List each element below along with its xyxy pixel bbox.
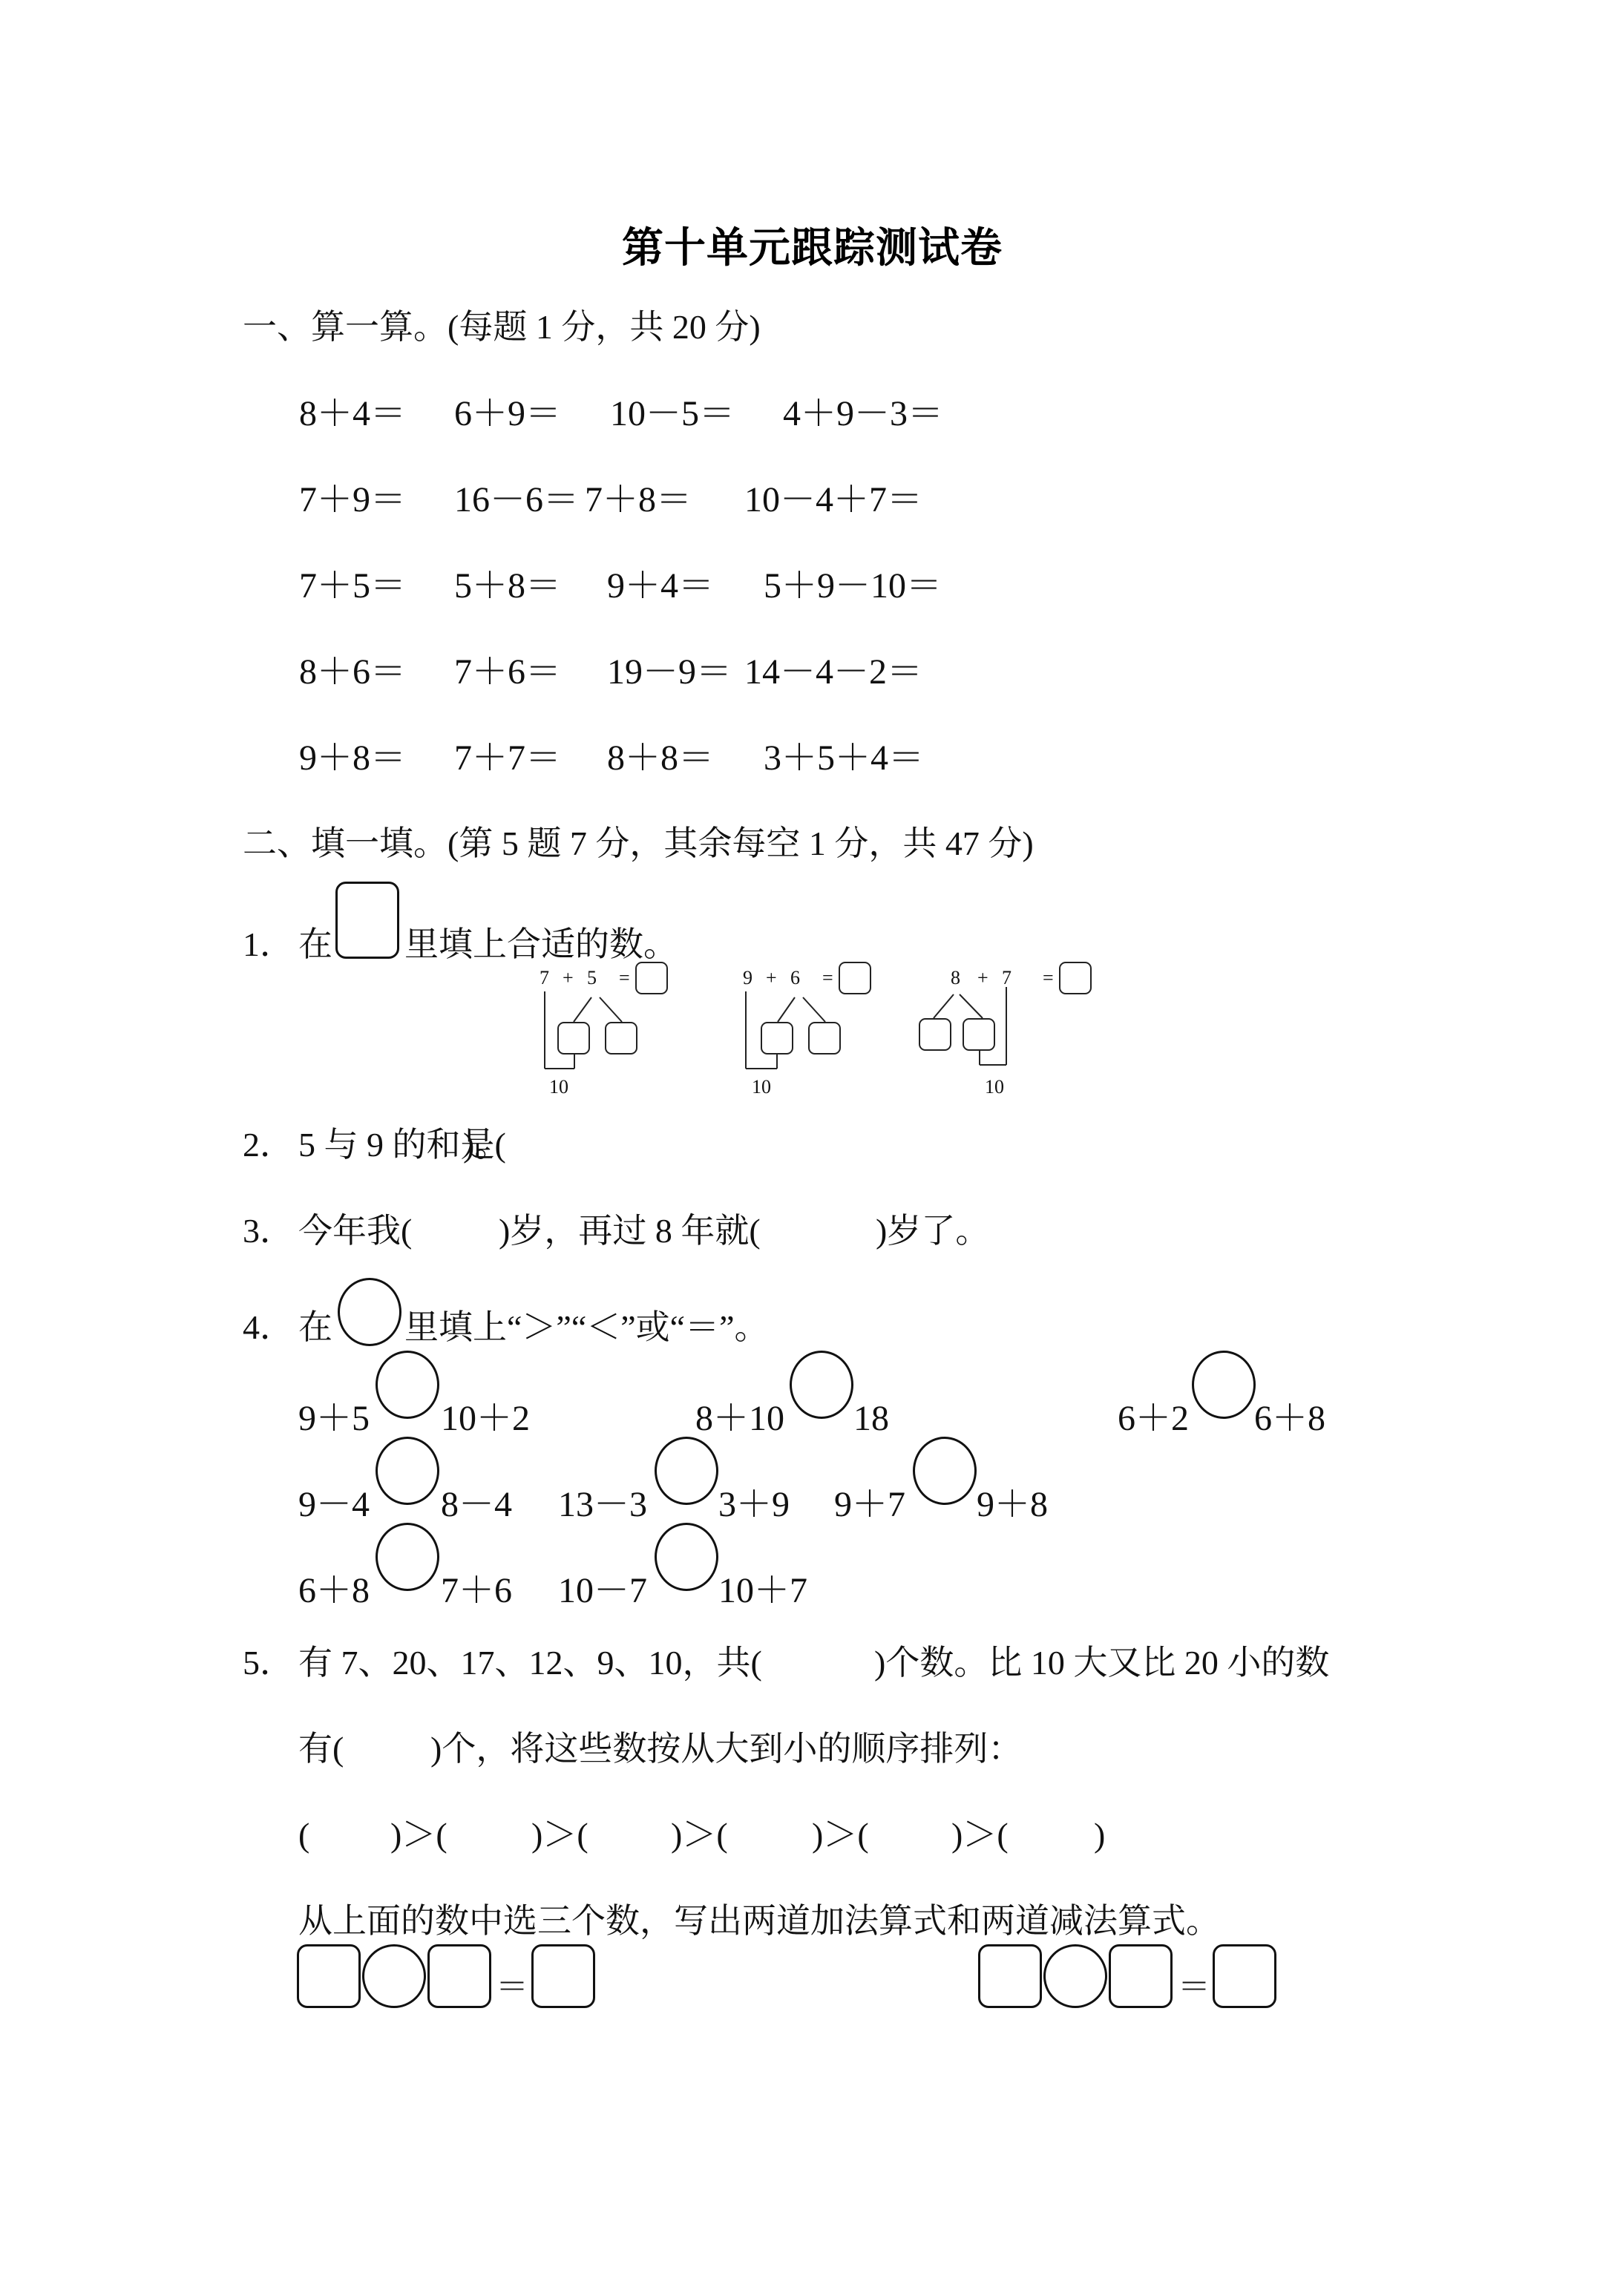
problem: 4＋9－3＝ <box>783 396 943 432</box>
operator: + <box>766 968 777 988</box>
question-number: 5． <box>243 1646 294 1680</box>
section1-heading: 一、算一算。(每题 1 分，共 20 分) <box>243 310 761 344</box>
problem: 8＋6＝ <box>299 655 406 690</box>
number-box[interactable] <box>427 1944 491 2008</box>
q3-age-later-blank[interactable] <box>791 1214 865 1251</box>
q3-age-now-blank[interactable] <box>424 1214 499 1251</box>
paren: )＞( <box>951 1818 1009 1852</box>
comparison-right: 18 <box>853 1401 889 1437</box>
addend-b: 7 <box>1002 968 1011 988</box>
order-blank[interactable] <box>1011 1815 1085 1857</box>
paren: )＞( <box>671 1818 728 1852</box>
ten-label: 10 <box>985 1078 1004 1097</box>
q5-count-blank[interactable] <box>801 1646 876 1683</box>
problem: 7＋5＝ <box>299 568 406 604</box>
comparison-right: 10＋2 <box>441 1401 530 1437</box>
problem: 7＋9＝ <box>299 482 406 518</box>
comparison-left: 6＋8 <box>298 1573 370 1609</box>
operator: + <box>563 968 574 988</box>
comparison-left: 10－7 <box>558 1573 647 1609</box>
problem: 7＋7＝ <box>454 741 561 776</box>
question-number: 1． <box>243 928 294 962</box>
compare-circle[interactable] <box>913 1437 977 1505</box>
problem: 10－5＝ <box>610 396 735 432</box>
answer-box[interactable] <box>1059 962 1092 994</box>
q5-line1a: 有 7、20、17、12、9、10，共( <box>298 1646 762 1680</box>
q3-part1: 今年我( <box>298 1214 412 1248</box>
compare-circle[interactable] <box>655 1523 718 1591</box>
q2-answer-blank[interactable] <box>389 1128 463 1165</box>
order-blank[interactable] <box>871 1815 945 1857</box>
q4-instruction: 里填上“＞”“＜”或“＝”。 <box>404 1311 769 1345</box>
compare-circle[interactable] <box>376 1437 439 1505</box>
q3-part3: )岁了。 <box>876 1214 989 1248</box>
equals: = <box>619 968 630 988</box>
problem: 5＋8＝ <box>454 568 561 604</box>
problem: 14－4－2＝ <box>744 655 922 690</box>
answer-box[interactable] <box>635 962 668 994</box>
comparison-left: 8＋10 <box>695 1401 784 1437</box>
question-number: 4． <box>243 1311 294 1345</box>
paren: )＞( <box>812 1818 869 1852</box>
result-box[interactable] <box>1213 1944 1276 2008</box>
comparison-right: 7＋6 <box>441 1573 512 1609</box>
paren: ( <box>298 1818 309 1852</box>
question-number: 3． <box>243 1214 294 1248</box>
section2-heading: 二、填一填。(第 5 题 7 分，其余每空 1 分，共 47 分) <box>243 827 1034 861</box>
q5-line2b: )个，将这些数按从大到小的顺序排列： <box>430 1732 1022 1766</box>
split-box[interactable] <box>963 1018 995 1051</box>
q1-instruction: 里填上合适的数。 <box>404 928 678 962</box>
operator-circle[interactable] <box>1043 1944 1107 2008</box>
addend-a: 9 <box>743 968 753 988</box>
answer-box[interactable] <box>839 962 871 994</box>
compare-circle[interactable] <box>376 1351 439 1419</box>
compare-circle[interactable] <box>1192 1351 1256 1419</box>
split-box[interactable] <box>761 1022 793 1054</box>
order-blank[interactable] <box>591 1815 665 1857</box>
comparison-right: 6＋8 <box>1254 1401 1325 1437</box>
order-blank[interactable] <box>450 1815 524 1857</box>
q5-line2a: 有( <box>298 1732 344 1766</box>
problem: 8＋8＝ <box>607 741 714 776</box>
result-box[interactable] <box>531 1944 595 2008</box>
q3-part2: )岁，再过 8 年就( <box>499 1214 761 1248</box>
question-number: 2． <box>243 1128 294 1162</box>
equals-sign: ＝ <box>496 1971 528 2004</box>
problem: 7＋8＝ <box>585 482 692 518</box>
q5-instruction: 从上面的数中选三个数，写出两道加法算式和两道减法算式。 <box>298 1904 1220 1938</box>
problem: 5＋9－10＝ <box>764 568 942 604</box>
split-box[interactable] <box>557 1022 590 1054</box>
equals-sign: ＝ <box>1178 1971 1210 2004</box>
compare-circle[interactable] <box>655 1437 718 1505</box>
split-box[interactable] <box>919 1018 951 1051</box>
number-box[interactable] <box>297 1944 361 2008</box>
comparison-left: 6＋2 <box>1118 1401 1189 1437</box>
operator-circle[interactable] <box>362 1944 426 2008</box>
ten-label: 10 <box>549 1078 568 1097</box>
comparison-left: 13－3 <box>558 1487 647 1523</box>
comparison-right: 9＋8 <box>977 1487 1048 1523</box>
comparison-right: 10＋7 <box>718 1573 807 1609</box>
problem: 9＋8＝ <box>299 741 406 776</box>
problem: 10－4＋7＝ <box>744 482 922 518</box>
operator: + <box>977 968 988 988</box>
q5-between-count-blank[interactable] <box>355 1732 429 1769</box>
problem: 3＋5＋4＝ <box>764 741 924 776</box>
problem: 19－9＝ <box>607 655 732 690</box>
problem: 16－6＝ <box>454 482 579 518</box>
split-box[interactable] <box>605 1022 637 1054</box>
q5-line1b: )个数。比 10 大又比 20 小的数 <box>874 1646 1329 1680</box>
answer-box-sample <box>335 882 399 959</box>
compare-circle-sample <box>338 1278 401 1346</box>
comparison-left: 9＋7 <box>834 1487 905 1523</box>
q2-close: )。 <box>463 1128 508 1162</box>
paren: )＞( <box>390 1818 447 1852</box>
equals: = <box>822 968 833 988</box>
comparison-right: 3＋9 <box>718 1487 790 1523</box>
compare-circle[interactable] <box>376 1523 439 1591</box>
paren: ) <box>1094 1818 1105 1852</box>
problem: 7＋6＝ <box>454 655 561 690</box>
problem: 9＋4＝ <box>607 568 714 604</box>
addend-a: 7 <box>540 968 549 988</box>
comparison-left: 9＋5 <box>298 1401 370 1437</box>
split-box[interactable] <box>808 1022 841 1054</box>
compare-circle[interactable] <box>790 1351 853 1419</box>
addend-b: 5 <box>587 968 597 988</box>
addend-b: 6 <box>790 968 800 988</box>
q1-prefix: 在 <box>298 928 332 962</box>
addend-a: 8 <box>951 968 960 988</box>
problem: 6＋9＝ <box>454 396 561 432</box>
order-blank[interactable] <box>310 1815 384 1857</box>
comparison-right: 8－4 <box>441 1487 512 1523</box>
problem: 8＋4＝ <box>299 396 406 432</box>
number-box[interactable] <box>978 1944 1042 2008</box>
number-box[interactable] <box>1109 1944 1173 2008</box>
equals: = <box>1043 968 1054 988</box>
order-blank[interactable] <box>730 1815 804 1857</box>
paren: )＞( <box>531 1818 588 1852</box>
ten-label: 10 <box>752 1078 771 1097</box>
q4-prefix: 在 <box>298 1311 332 1345</box>
comparison-left: 9－4 <box>298 1487 370 1523</box>
page-title: 第十单元跟踪测试卷 <box>622 215 1003 275</box>
